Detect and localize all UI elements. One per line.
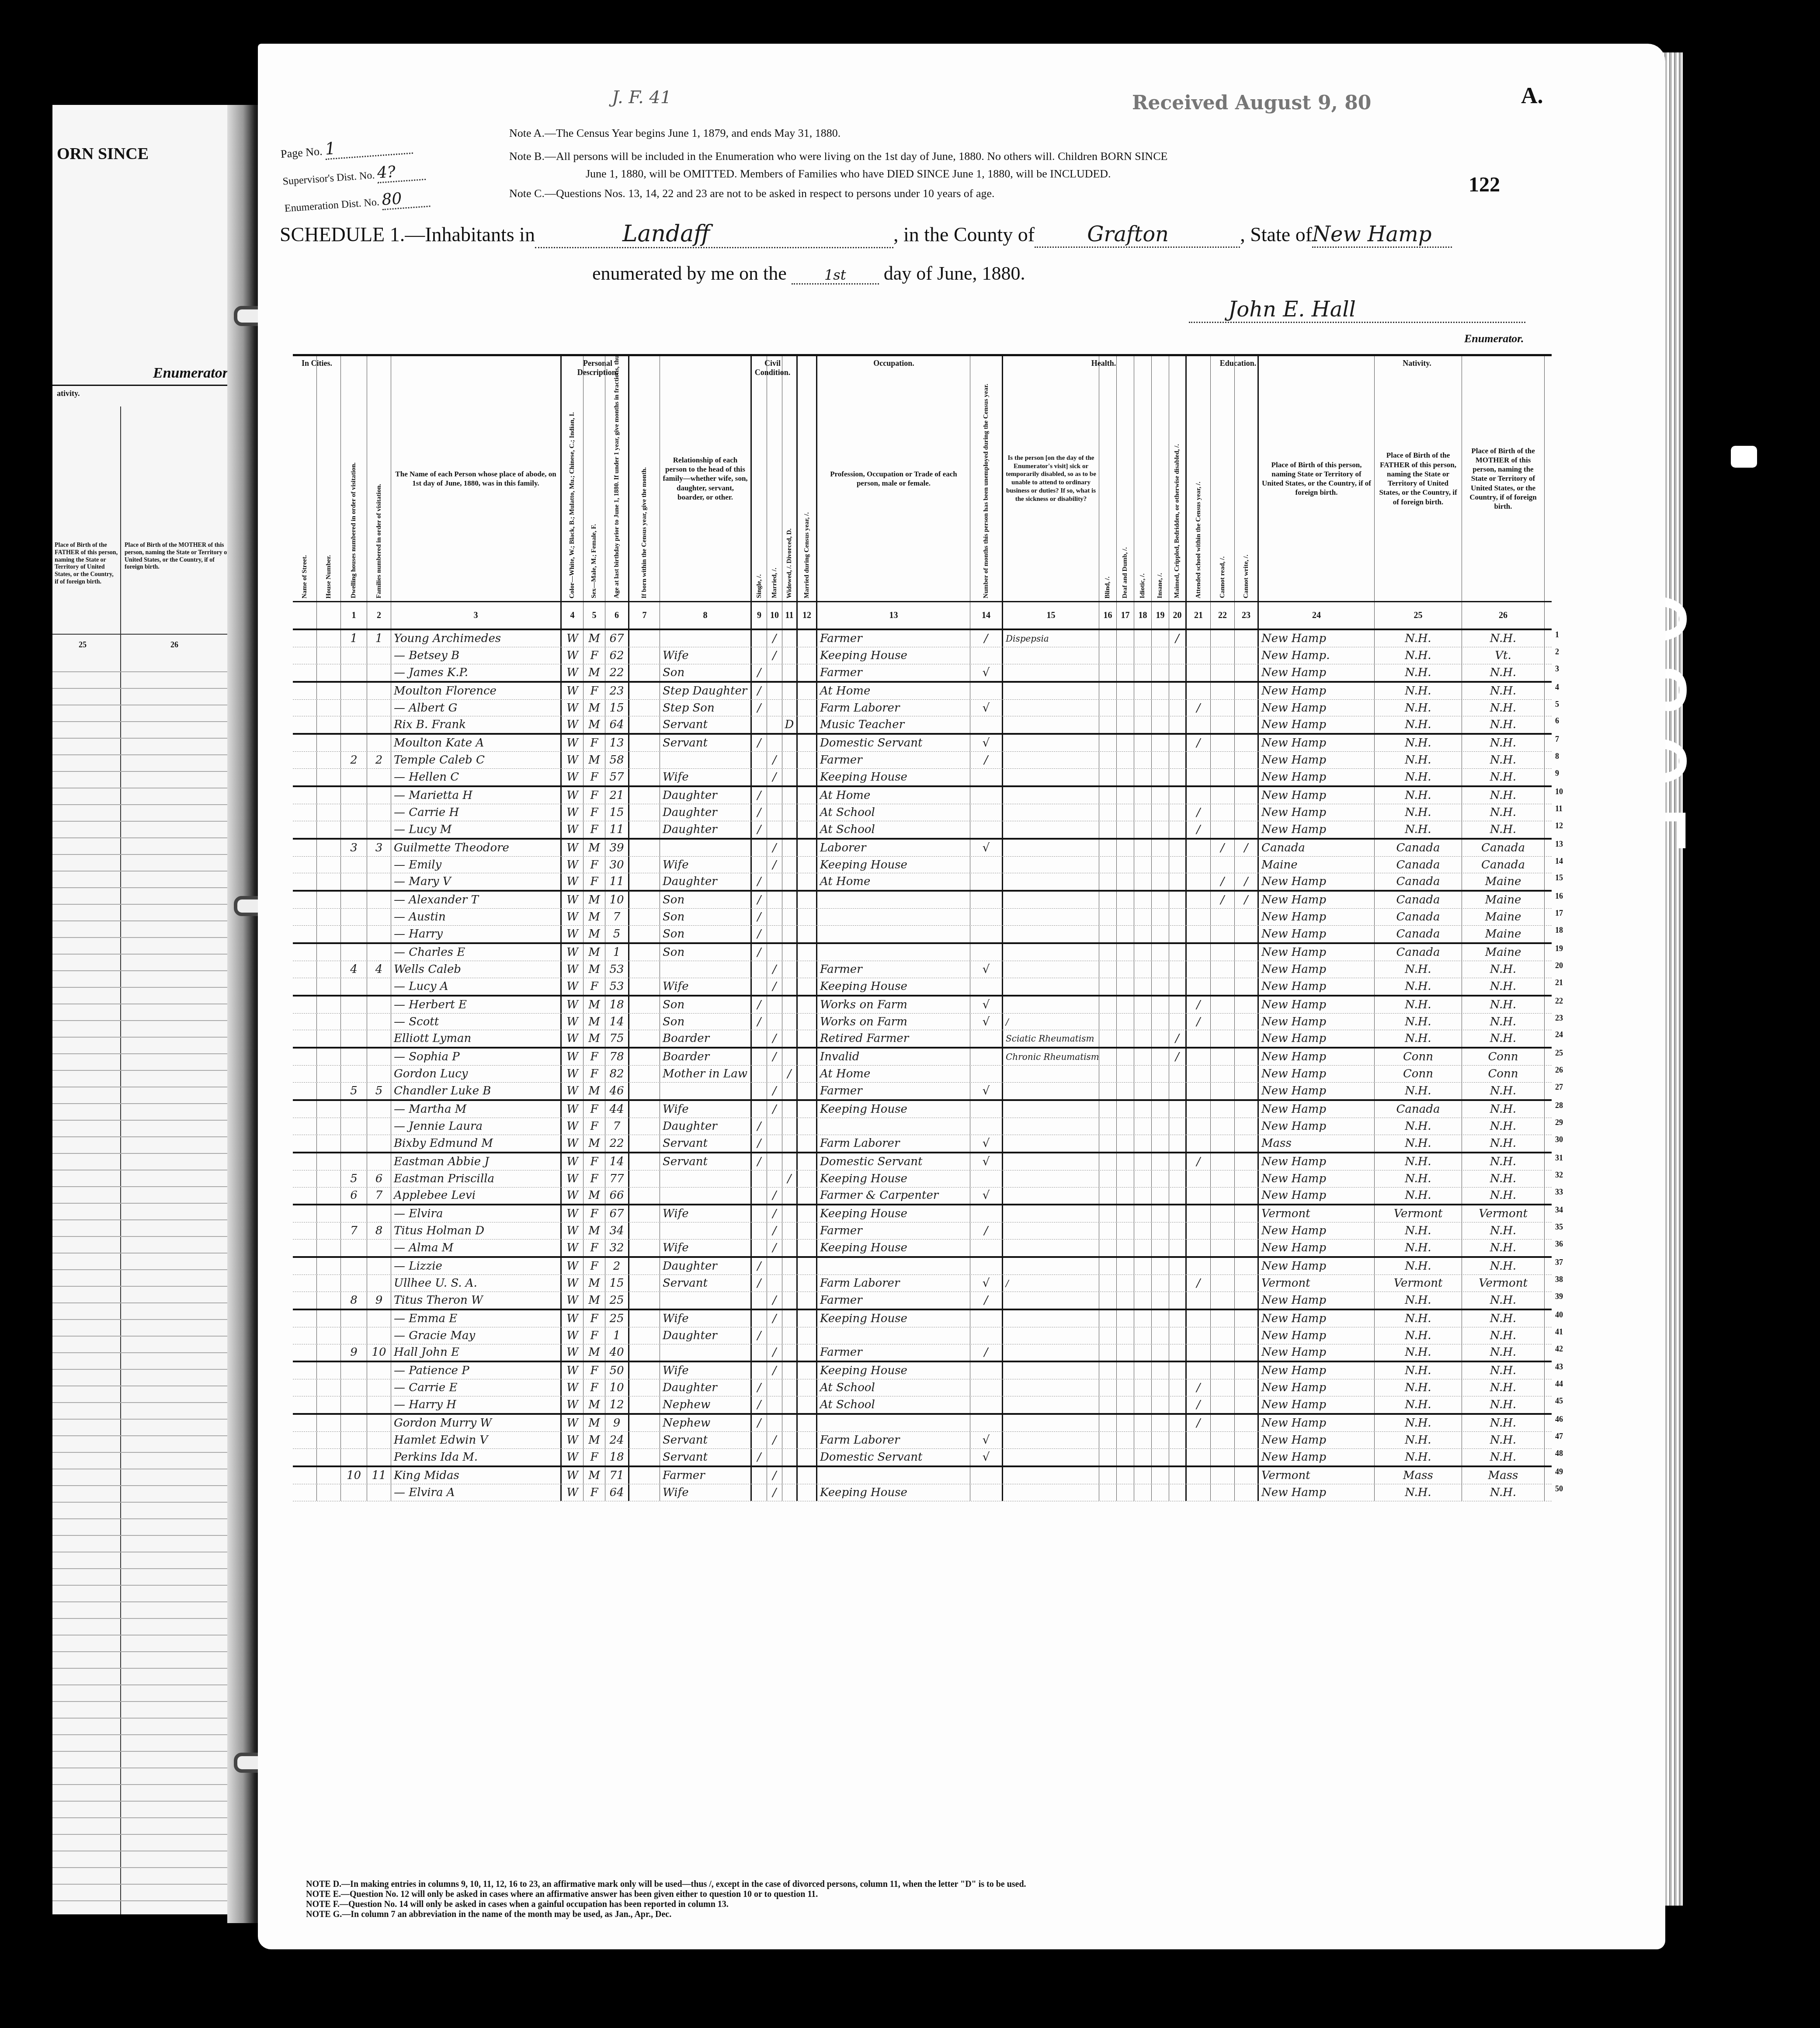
age-cell: 53 bbox=[605, 961, 629, 978]
school-mark-cell: / bbox=[1187, 735, 1211, 751]
table-row: — Patience PWF50Wife/Keeping HouseNew Ha… bbox=[293, 1362, 1552, 1379]
street-cell bbox=[293, 683, 317, 699]
sheet-number: 122 bbox=[1469, 173, 1500, 197]
enumeration-dist-label: Enumeration Dist. No. bbox=[284, 196, 380, 214]
family-number-cell bbox=[367, 1379, 391, 1396]
father-birthplace-cell: Mass bbox=[1375, 1467, 1462, 1484]
sickness-cell bbox=[1003, 821, 1099, 838]
age-cell: 82 bbox=[605, 1066, 629, 1082]
house-cell bbox=[317, 1066, 341, 1082]
deaf-dumb-cell bbox=[1117, 1066, 1134, 1082]
father-birthplace-cell: N.H. bbox=[1375, 1170, 1462, 1187]
widowed-mark-cell bbox=[782, 700, 798, 716]
birth-month-cell bbox=[629, 1240, 660, 1256]
street-cell bbox=[293, 857, 317, 873]
mother-birthplace-cell: N.H. bbox=[1462, 1379, 1545, 1396]
sickness-cell bbox=[1003, 1396, 1099, 1413]
unemployed-mark-cell bbox=[970, 873, 1003, 890]
married-mark-cell bbox=[767, 1153, 782, 1170]
col-header-occupation: Profession, Occupation or Trade of each … bbox=[817, 469, 970, 488]
single-mark-cell: / bbox=[752, 683, 767, 699]
col-num: 18 bbox=[1134, 602, 1152, 629]
color-cell: W bbox=[562, 683, 584, 699]
father-birthplace-cell: N.H. bbox=[1375, 664, 1462, 681]
idiotic-cell bbox=[1134, 716, 1152, 733]
mother-birthplace-cell: Maine bbox=[1462, 909, 1545, 925]
widowed-mark-cell bbox=[782, 630, 798, 647]
married-mark-cell: / bbox=[767, 769, 782, 785]
cannot-read-mark-cell bbox=[1211, 1240, 1235, 1256]
married-census-year-cell bbox=[798, 997, 817, 1013]
dwelling-number-cell bbox=[341, 1066, 367, 1082]
blind-cell bbox=[1099, 961, 1117, 978]
cannot-read-mark-cell: / bbox=[1211, 892, 1235, 908]
idiotic-cell bbox=[1134, 1049, 1152, 1065]
school-mark-cell bbox=[1187, 1135, 1211, 1152]
cannot-read-mark-cell bbox=[1211, 1170, 1235, 1187]
col-num: 21 bbox=[1187, 602, 1211, 629]
deaf-dumb-cell bbox=[1117, 1083, 1134, 1099]
idiotic-cell bbox=[1134, 1153, 1152, 1170]
father-birthplace-cell: N.H. bbox=[1375, 1362, 1462, 1379]
table-row: Moulton Kate AWF13Servant/Domestic Serva… bbox=[293, 735, 1552, 752]
family-number-cell bbox=[367, 1240, 391, 1256]
sickness-cell: Dispepsia bbox=[1003, 630, 1099, 647]
sickness-cell bbox=[1003, 1188, 1099, 1204]
color-cell: W bbox=[562, 735, 584, 751]
widowed-mark-cell bbox=[782, 1014, 798, 1030]
note-b-line1: Note B.—All persons will be included in … bbox=[509, 150, 1167, 163]
deaf-dumb-cell bbox=[1117, 1484, 1134, 1501]
birthplace-cell: Vermont bbox=[1259, 1205, 1375, 1222]
dwelling-number-cell: 3 bbox=[341, 840, 367, 856]
insane-cell bbox=[1152, 647, 1169, 664]
insane-cell bbox=[1152, 700, 1169, 716]
line-number: 26 bbox=[1555, 1066, 1573, 1075]
idiotic-cell bbox=[1134, 1101, 1152, 1118]
house-cell bbox=[317, 1327, 341, 1344]
table-row: 44Wells CalebWM53/Farmer√New HampN.H.N.H… bbox=[293, 961, 1552, 978]
unemployed-mark-cell: / bbox=[970, 1344, 1003, 1361]
house-cell bbox=[317, 926, 341, 942]
left-page-col25-header: Place of Birth of the FATHER of this per… bbox=[55, 542, 118, 586]
maimed-mark-cell bbox=[1169, 944, 1187, 961]
state-value: New Hamp bbox=[1312, 222, 1452, 248]
house-cell bbox=[317, 1101, 341, 1118]
mother-birthplace-cell: N.H. bbox=[1462, 1135, 1545, 1152]
blind-cell bbox=[1099, 1101, 1117, 1118]
line-number: 16 bbox=[1555, 892, 1573, 901]
birthplace-cell: Vermont bbox=[1259, 1275, 1375, 1292]
deaf-dumb-cell bbox=[1117, 1415, 1134, 1431]
idiotic-cell bbox=[1134, 821, 1152, 838]
blind-cell bbox=[1099, 1310, 1117, 1327]
birth-month-cell bbox=[629, 961, 660, 978]
enumeration-dist-value: 80 bbox=[381, 188, 431, 210]
birth-month-cell bbox=[629, 821, 660, 838]
sickness-cell bbox=[1003, 735, 1099, 751]
family-number-cell bbox=[367, 1066, 391, 1082]
single-mark-cell: / bbox=[752, 926, 767, 942]
insane-cell bbox=[1152, 1292, 1169, 1309]
family-number-cell bbox=[367, 1153, 391, 1170]
occupation-cell: Farm Laborer bbox=[817, 700, 970, 716]
house-cell bbox=[317, 804, 341, 821]
relationship-cell: Nephew bbox=[660, 1415, 752, 1431]
line-number: 2 bbox=[1555, 647, 1573, 656]
cannot-write-mark-cell bbox=[1235, 1083, 1259, 1099]
birthplace-cell: Maine bbox=[1259, 857, 1375, 873]
cannot-write-mark-cell bbox=[1235, 1118, 1259, 1135]
father-birthplace-cell: N.H. bbox=[1375, 1292, 1462, 1309]
father-birthplace-cell: N.H. bbox=[1375, 630, 1462, 647]
sex-cell: M bbox=[584, 997, 605, 1013]
line-number: 39 bbox=[1555, 1292, 1573, 1301]
occupation-cell bbox=[817, 1467, 970, 1484]
line-number: 21 bbox=[1555, 978, 1573, 987]
person-name-cell: — Martha M bbox=[391, 1101, 562, 1118]
single-mark-cell: / bbox=[752, 909, 767, 925]
color-cell: W bbox=[562, 664, 584, 681]
relationship-cell: Wife bbox=[660, 978, 752, 995]
birthplace-cell: New Hamp bbox=[1259, 1170, 1375, 1187]
widowed-mark-cell bbox=[782, 1030, 798, 1047]
married-mark-cell bbox=[767, 716, 782, 733]
blind-cell bbox=[1099, 1344, 1117, 1361]
widowed-mark-cell bbox=[782, 1310, 798, 1327]
sex-cell: F bbox=[584, 1449, 605, 1465]
color-cell: W bbox=[562, 769, 584, 785]
relationship-cell: Servant bbox=[660, 1153, 752, 1170]
maimed-mark-cell bbox=[1169, 1275, 1187, 1292]
married-census-year-cell bbox=[798, 1170, 817, 1187]
mother-birthplace-cell: N.H. bbox=[1462, 1240, 1545, 1256]
person-name-cell: — Lizzie bbox=[391, 1258, 562, 1274]
cannot-read-mark-cell bbox=[1211, 1275, 1235, 1292]
sex-cell: F bbox=[584, 821, 605, 838]
color-cell: W bbox=[562, 892, 584, 908]
col-header-widowed: Widowed, /. Divorced, D. bbox=[786, 526, 793, 601]
school-mark-cell bbox=[1187, 647, 1211, 664]
birthplace-cell: New Hamp bbox=[1259, 1258, 1375, 1274]
deaf-dumb-cell bbox=[1117, 944, 1134, 961]
insane-cell bbox=[1152, 1049, 1169, 1065]
family-number-cell bbox=[367, 1415, 391, 1431]
cannot-write-mark-cell bbox=[1235, 926, 1259, 942]
school-mark-cell bbox=[1187, 1292, 1211, 1309]
insane-cell bbox=[1152, 1118, 1169, 1135]
sex-cell: M bbox=[584, 716, 605, 733]
idiotic-cell bbox=[1134, 647, 1152, 664]
single-mark-cell bbox=[752, 1484, 767, 1501]
father-birthplace-cell: N.H. bbox=[1375, 1449, 1462, 1465]
deaf-dumb-cell bbox=[1117, 873, 1134, 890]
cannot-read-mark-cell bbox=[1211, 1101, 1235, 1118]
note-g: NOTE G.—In column 7 an abbreviation in t… bbox=[306, 1910, 1026, 1920]
col-num: 3 bbox=[391, 602, 562, 629]
idiotic-cell bbox=[1134, 1118, 1152, 1135]
table-row: — ScottWM14Son/Works on Farm√//New HampN… bbox=[293, 1014, 1552, 1031]
maimed-mark-cell bbox=[1169, 735, 1187, 751]
unemployed-mark-cell bbox=[970, 1170, 1003, 1187]
sickness-cell bbox=[1003, 664, 1099, 681]
person-name-cell: Gordon Murry W bbox=[391, 1415, 562, 1431]
col-header-sex: Sex—Male, M.; Female, F. bbox=[590, 521, 598, 601]
sex-cell: F bbox=[584, 873, 605, 890]
family-number-cell bbox=[367, 1310, 391, 1327]
cannot-read-mark-cell bbox=[1211, 1205, 1235, 1222]
table-row: — EmilyWF30Wife/Keeping HouseMaineCanada… bbox=[293, 857, 1552, 874]
insane-cell bbox=[1152, 1362, 1169, 1379]
unemployed-mark-cell: √ bbox=[970, 997, 1003, 1013]
married-mark-cell bbox=[767, 926, 782, 942]
color-cell: W bbox=[562, 1327, 584, 1344]
deaf-dumb-cell bbox=[1117, 1258, 1134, 1274]
house-cell bbox=[317, 1188, 341, 1204]
school-mark-cell bbox=[1187, 716, 1211, 733]
blind-cell bbox=[1099, 1030, 1117, 1047]
person-name-cell: Rix B. Frank bbox=[391, 716, 562, 733]
age-cell: 71 bbox=[605, 1467, 629, 1484]
line-number: 5 bbox=[1555, 700, 1573, 709]
insane-cell bbox=[1152, 769, 1169, 785]
birthplace-cell: New Hamp bbox=[1259, 1396, 1375, 1413]
insane-cell bbox=[1152, 1484, 1169, 1501]
mother-birthplace-cell: N.H. bbox=[1462, 769, 1545, 785]
sickness-cell bbox=[1003, 1205, 1099, 1222]
married-census-year-cell bbox=[798, 1396, 817, 1413]
widowed-mark-cell bbox=[782, 1344, 798, 1361]
line-number: 37 bbox=[1555, 1258, 1573, 1267]
family-number-cell bbox=[367, 1484, 391, 1501]
married-mark-cell: / bbox=[767, 1484, 782, 1501]
married-census-year-cell bbox=[798, 769, 817, 785]
dwelling-number-cell: 5 bbox=[341, 1170, 367, 1187]
place-value: Landaff bbox=[535, 221, 893, 248]
birth-month-cell bbox=[629, 1362, 660, 1379]
single-mark-cell bbox=[752, 961, 767, 978]
left-page-enumerator-label: Enumerator. bbox=[153, 365, 231, 382]
single-mark-cell: / bbox=[752, 1415, 767, 1431]
maimed-mark-cell bbox=[1169, 857, 1187, 873]
street-cell bbox=[293, 1170, 317, 1187]
sickness-cell bbox=[1003, 1484, 1099, 1501]
school-mark-cell bbox=[1187, 1188, 1211, 1204]
blind-cell bbox=[1099, 1415, 1117, 1431]
sickness-cell bbox=[1003, 1432, 1099, 1448]
unemployed-mark-cell bbox=[970, 926, 1003, 942]
married-mark-cell bbox=[767, 804, 782, 821]
relationship-cell: Son bbox=[660, 926, 752, 942]
idiotic-cell bbox=[1134, 787, 1152, 804]
cannot-write-mark-cell: / bbox=[1235, 840, 1259, 856]
unemployed-mark-cell bbox=[970, 1362, 1003, 1379]
day-suffix: day of June, 1880. bbox=[884, 263, 1025, 284]
family-number-cell bbox=[367, 1049, 391, 1065]
married-census-year-cell bbox=[798, 630, 817, 647]
deaf-dumb-cell bbox=[1117, 1379, 1134, 1396]
family-number-cell bbox=[367, 978, 391, 995]
cannot-write-mark-cell bbox=[1235, 1135, 1259, 1152]
relationship-cell: Daughter bbox=[660, 804, 752, 821]
maimed-mark-cell bbox=[1169, 1292, 1187, 1309]
father-birthplace-cell: N.H. bbox=[1375, 647, 1462, 664]
street-cell bbox=[293, 1449, 317, 1465]
street-cell bbox=[293, 664, 317, 681]
cannot-read-mark-cell bbox=[1211, 1396, 1235, 1413]
deaf-dumb-cell bbox=[1117, 647, 1134, 664]
maimed-mark-cell bbox=[1169, 1327, 1187, 1344]
street-cell bbox=[293, 944, 317, 961]
sex-cell: M bbox=[584, 1292, 605, 1309]
color-cell: W bbox=[562, 997, 584, 1013]
family-number-cell bbox=[367, 1118, 391, 1135]
birth-month-cell bbox=[629, 1101, 660, 1118]
school-mark-cell bbox=[1187, 1049, 1211, 1065]
line-number: 17 bbox=[1555, 909, 1573, 918]
married-census-year-cell bbox=[798, 909, 817, 925]
married-mark-cell: / bbox=[767, 1188, 782, 1204]
street-cell bbox=[293, 1066, 317, 1082]
birthplace-cell: Mass bbox=[1259, 1135, 1375, 1152]
birth-month-cell bbox=[629, 1049, 660, 1065]
person-name-cell: — Carrie E bbox=[391, 1379, 562, 1396]
father-birthplace-cell: N.H. bbox=[1375, 716, 1462, 733]
dwelling-number-cell bbox=[341, 1101, 367, 1118]
table-row: Elliott LymanWM75Boarder/Retired FarmerS… bbox=[293, 1030, 1552, 1049]
cannot-write-mark-cell bbox=[1235, 821, 1259, 838]
school-mark-cell: / bbox=[1187, 1014, 1211, 1030]
cannot-read-mark-cell bbox=[1211, 1292, 1235, 1309]
insane-cell bbox=[1152, 1153, 1169, 1170]
sickness-cell bbox=[1003, 804, 1099, 821]
deaf-dumb-cell bbox=[1117, 1344, 1134, 1361]
person-name-cell: Titus Theron W bbox=[391, 1292, 562, 1309]
married-mark-cell: / bbox=[767, 1240, 782, 1256]
relationship-cell: Son bbox=[660, 944, 752, 961]
married-mark-cell bbox=[767, 1327, 782, 1344]
col-num: 26 bbox=[1462, 602, 1545, 629]
married-mark-cell bbox=[767, 1415, 782, 1431]
street-cell bbox=[293, 735, 317, 751]
house-cell bbox=[317, 1449, 341, 1465]
mother-birthplace-cell: N.H. bbox=[1462, 1292, 1545, 1309]
mother-birthplace-cell: N.H. bbox=[1462, 804, 1545, 821]
single-mark-cell bbox=[752, 1030, 767, 1047]
age-cell: 58 bbox=[605, 752, 629, 768]
deaf-dumb-cell bbox=[1117, 1049, 1134, 1065]
col-header-maimed: Maimed, Crippled, Bedridden, or otherwis… bbox=[1174, 441, 1181, 601]
occupation-cell: Keeping House bbox=[817, 1240, 970, 1256]
father-birthplace-cell: N.H. bbox=[1375, 1432, 1462, 1448]
mother-birthplace-cell: Conn bbox=[1462, 1049, 1545, 1065]
family-number-cell: 2 bbox=[367, 752, 391, 768]
street-cell bbox=[293, 1030, 317, 1047]
maimed-mark-cell: / bbox=[1169, 1049, 1187, 1065]
street-cell bbox=[293, 1310, 317, 1327]
idiotic-cell bbox=[1134, 1327, 1152, 1344]
relationship-cell: Step Son bbox=[660, 700, 752, 716]
maimed-mark-cell bbox=[1169, 1344, 1187, 1361]
person-name-cell: Eastman Priscilla bbox=[391, 1170, 562, 1187]
dwelling-number-cell: 9 bbox=[341, 1344, 367, 1361]
family-number-cell: 4 bbox=[367, 961, 391, 978]
col-header-blind: Blind, /. bbox=[1104, 574, 1111, 601]
table-row: — Lucy MWF11Daughter/At School/New HampN… bbox=[293, 821, 1552, 840]
single-mark-cell bbox=[752, 1467, 767, 1484]
insane-cell bbox=[1152, 683, 1169, 699]
relationship-cell: Wife bbox=[660, 857, 752, 873]
birthplace-cell: New Hamp bbox=[1259, 909, 1375, 925]
birthplace-cell: New Hamp bbox=[1259, 1153, 1375, 1170]
sickness-cell bbox=[1003, 1362, 1099, 1379]
maimed-mark-cell bbox=[1169, 1415, 1187, 1431]
table-row: 11Young ArchimedesWM67/Farmer/Dispepsia/… bbox=[293, 630, 1552, 647]
cannot-read-mark-cell bbox=[1211, 647, 1235, 664]
age-cell: 50 bbox=[605, 1362, 629, 1379]
school-mark-cell bbox=[1187, 752, 1211, 768]
page-no-label: Page No. bbox=[280, 145, 323, 160]
relationship-cell: Wife bbox=[660, 1101, 752, 1118]
mother-birthplace-cell: N.H. bbox=[1462, 1222, 1545, 1239]
cannot-read-mark-cell bbox=[1211, 1449, 1235, 1465]
sex-cell: M bbox=[584, 892, 605, 908]
idiotic-cell bbox=[1134, 1275, 1152, 1292]
father-birthplace-cell: Canada bbox=[1375, 1101, 1462, 1118]
idiotic-cell bbox=[1134, 683, 1152, 699]
deaf-dumb-cell bbox=[1117, 1449, 1134, 1465]
widowed-mark-cell bbox=[782, 1258, 798, 1274]
insane-cell bbox=[1152, 1170, 1169, 1187]
street-cell bbox=[293, 630, 317, 647]
single-mark-cell: / bbox=[752, 1258, 767, 1274]
person-name-cell: — Herbert E bbox=[391, 997, 562, 1013]
occupation-cell: Keeping House bbox=[817, 1170, 970, 1187]
age-cell: 40 bbox=[605, 1344, 629, 1361]
relationship-cell: Daughter bbox=[660, 1258, 752, 1274]
birth-month-cell bbox=[629, 978, 660, 995]
deaf-dumb-cell bbox=[1117, 909, 1134, 925]
blind-cell bbox=[1099, 804, 1117, 821]
widowed-mark-cell bbox=[782, 1049, 798, 1065]
sickness-cell: / bbox=[1003, 1275, 1099, 1292]
cannot-write-mark-cell bbox=[1235, 769, 1259, 785]
person-name-cell: Wells Caleb bbox=[391, 961, 562, 978]
blind-cell bbox=[1099, 857, 1117, 873]
dwelling-number-cell bbox=[341, 978, 367, 995]
note-f: NOTE F.—Question No. 14 will only be ask… bbox=[306, 1900, 1026, 1910]
sickness-cell bbox=[1003, 752, 1099, 768]
house-cell bbox=[317, 840, 341, 856]
mother-birthplace-cell: N.H. bbox=[1462, 1432, 1545, 1448]
unemployed-mark-cell bbox=[970, 1030, 1003, 1047]
col-num bbox=[317, 602, 341, 629]
col-header-birthplace: Place of Birth of this person, naming St… bbox=[1259, 460, 1374, 497]
widowed-mark-cell bbox=[782, 1240, 798, 1256]
insane-cell bbox=[1152, 1327, 1169, 1344]
dwelling-number-cell bbox=[341, 664, 367, 681]
family-number-cell: 3 bbox=[367, 840, 391, 856]
family-number-cell bbox=[367, 1135, 391, 1152]
color-cell: W bbox=[562, 1101, 584, 1118]
widowed-mark-cell bbox=[782, 926, 798, 942]
color-cell: W bbox=[562, 1014, 584, 1030]
line-number: 23 bbox=[1555, 1014, 1573, 1023]
unemployed-mark-cell: √ bbox=[970, 1275, 1003, 1292]
widowed-mark-cell bbox=[782, 1135, 798, 1152]
family-number-cell: 6 bbox=[367, 1170, 391, 1187]
occupation-cell bbox=[817, 909, 970, 925]
